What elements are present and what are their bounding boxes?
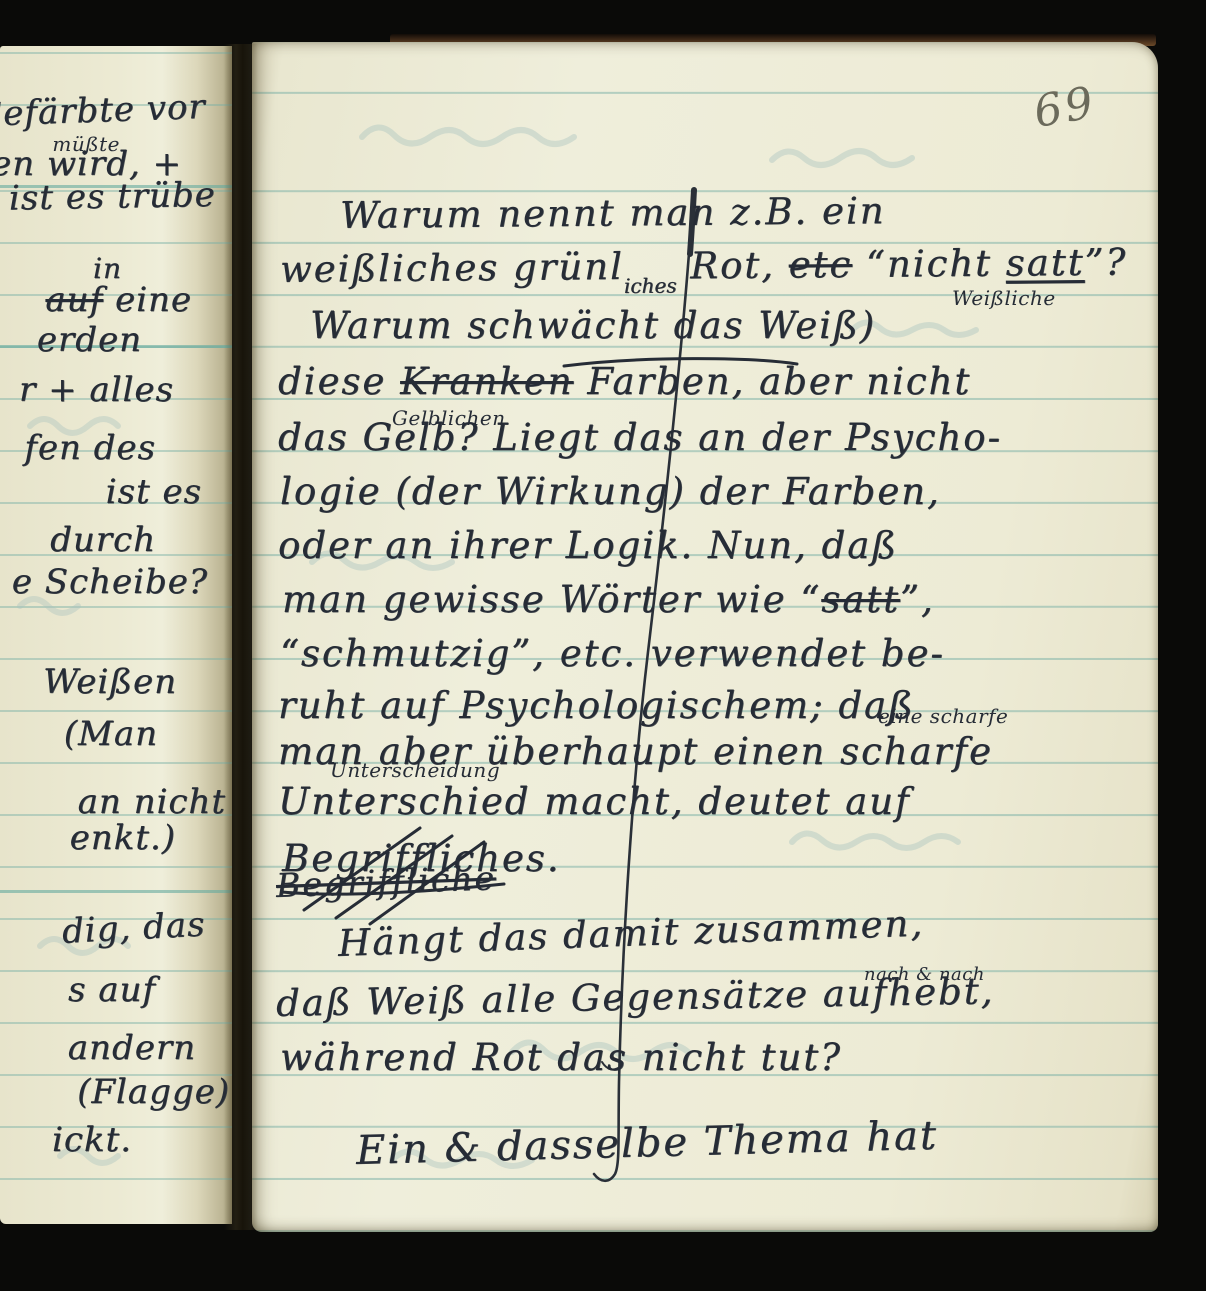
right-page: 69 Warum nennt man z.B. ein weißliches g… bbox=[252, 42, 1158, 1232]
inserted-word: Weißliche bbox=[952, 286, 1056, 310]
bleed-squiggle bbox=[362, 127, 574, 144]
handwriting-line: daß Weiß alle Gegensätze aufhebt, bbox=[276, 969, 995, 1025]
gutter-shadow bbox=[224, 44, 258, 1230]
inserted-word: Unterscheidung bbox=[330, 758, 500, 782]
left-fragment: durch bbox=[50, 520, 156, 560]
handwriting-line: “schmutzig”, etc. verwendet be- bbox=[280, 632, 945, 675]
left-fragment: enkt.) bbox=[70, 818, 176, 858]
left-fragment: dig, das bbox=[61, 905, 206, 952]
left-fragment: erden bbox=[37, 320, 142, 360]
bleed-squiggle bbox=[792, 833, 958, 848]
handwriting-line: ruht auf Psychologischem; daß bbox=[278, 684, 915, 727]
left-fragment: (Flagge) bbox=[77, 1072, 230, 1112]
left-fragment: fen des bbox=[24, 428, 156, 468]
handwriting-line: oder an ihrer Logik. Nun, daß bbox=[278, 524, 898, 567]
fragment-text: eine bbox=[103, 280, 192, 320]
line-text: man gewisse Wörter wie “ bbox=[282, 578, 821, 621]
line-text: ”, bbox=[900, 578, 935, 621]
notebook-photo: Gefärbte vor müßte ben wird, + ann ist e… bbox=[0, 0, 1206, 1291]
left-fragment: Gefärbte vor bbox=[0, 87, 207, 135]
struck-word: auf bbox=[45, 280, 103, 320]
struck-word: satt bbox=[821, 578, 900, 621]
left-fragment: auf eine bbox=[45, 280, 192, 320]
struck-word: Kranken bbox=[400, 360, 573, 403]
line-text: diese bbox=[278, 360, 400, 403]
left-fragment: ist es bbox=[106, 472, 202, 512]
left-fragment: r + alles bbox=[19, 370, 174, 410]
left-fragment: e Scheibe? bbox=[12, 562, 208, 602]
handwriting-line: Ein & dasselbe Thema hat bbox=[355, 1113, 938, 1174]
line-text: Farben, aber nicht bbox=[573, 360, 971, 403]
page-number: 69 bbox=[1030, 77, 1100, 138]
ruled-line-strong bbox=[0, 890, 232, 893]
handwriting-line: Unterschied macht, deutet auf bbox=[278, 780, 911, 823]
left-fragment: ann ist es trübe bbox=[0, 175, 216, 220]
handwriting-line: logie (der Wirkung) der Farben, bbox=[280, 470, 941, 513]
handwriting-line: Hängt das damit zusammen, bbox=[337, 902, 924, 965]
left-page: Gefärbte vor müßte ben wird, + ann ist e… bbox=[0, 46, 232, 1224]
left-fragment: andern bbox=[68, 1028, 196, 1068]
handwriting-line: Warum nennt man z.B. ein bbox=[340, 189, 886, 237]
line-text: weißliches grünl bbox=[280, 245, 624, 291]
left-fragment: an nicht bbox=[78, 782, 226, 822]
handwriting-line: Warum schwächt das Weiß) bbox=[310, 304, 876, 347]
handwriting-line: man gewisse Wörter wie “satt”, bbox=[282, 578, 935, 621]
inserted-word: eine scharfe bbox=[878, 704, 1008, 728]
handwriting-line: diese Kranken Farben, aber nicht bbox=[278, 360, 971, 403]
handwriting-line: das Gelb? Liegt das an der Psycho- bbox=[278, 416, 1002, 459]
left-fragment: Weißen bbox=[43, 662, 177, 702]
handwriting-line: während Rot das nicht tut? bbox=[280, 1036, 842, 1079]
left-fragment: s auf bbox=[68, 970, 156, 1010]
line-text: Rot, bbox=[676, 244, 789, 288]
line-text: “nicht bbox=[852, 242, 1006, 286]
line-text: ”? bbox=[1084, 241, 1127, 284]
left-fragment: ickt. bbox=[52, 1120, 132, 1160]
struck-duplicate-word: Begriffliche bbox=[275, 858, 496, 905]
left-fragment: (Man bbox=[64, 714, 158, 754]
inserted-word: iches bbox=[624, 274, 677, 298]
bleed-squiggle bbox=[772, 151, 912, 165]
underlined-word: satt bbox=[1006, 241, 1085, 285]
struck-word: etc bbox=[788, 243, 852, 287]
